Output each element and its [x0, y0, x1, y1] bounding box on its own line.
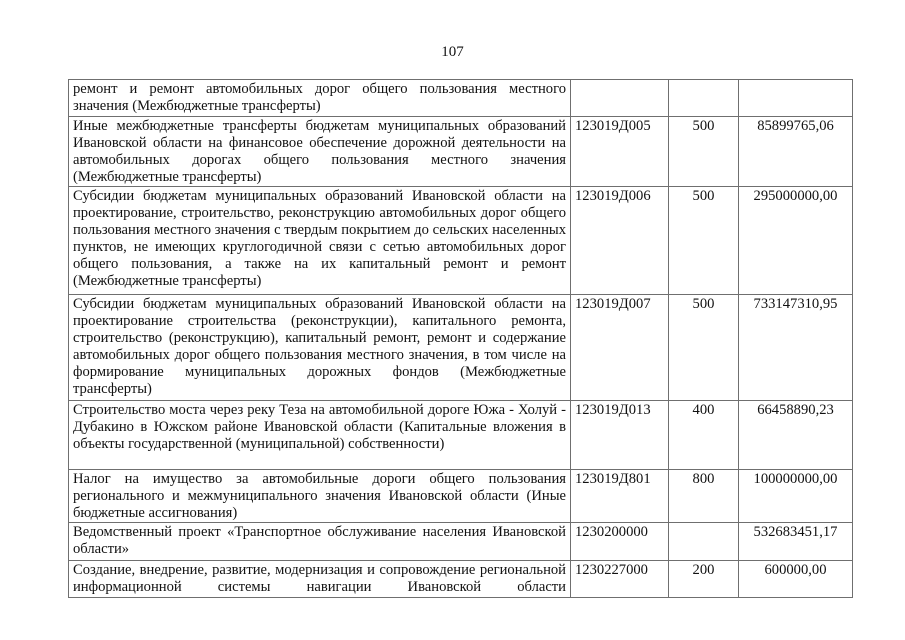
row-name-cell: Создание, внедрение, развитие, модерниза… [69, 561, 571, 598]
row-sum-cell: 66458890,23 [739, 401, 853, 470]
row-code-cell: 123019Д801 [571, 470, 669, 523]
row-code-cell: 123019Д006 [571, 187, 669, 295]
row-sum-cell [739, 80, 853, 117]
row-code-cell: 1230227000 [571, 561, 669, 598]
row-name-cell: Налог на имущество за автомобильные доро… [69, 470, 571, 523]
row-type-cell: 500 [669, 117, 739, 187]
row-sum-cell: 532683451,17 [739, 523, 853, 561]
table-row: Ведомственный проект «Транспортное обслу… [69, 523, 853, 561]
budget-table: ремонт и ремонт автомобильных дорог обще… [68, 79, 853, 598]
table-row: Налог на имущество за автомобильные доро… [69, 470, 853, 523]
row-name-cell: Субсидии бюджетам муниципальных образова… [69, 187, 571, 295]
row-type-cell: 500 [669, 295, 739, 401]
row-code-cell: 123019Д007 [571, 295, 669, 401]
row-type-cell: 400 [669, 401, 739, 470]
row-code-cell: 123019Д013 [571, 401, 669, 470]
row-code-cell: 1230200000 [571, 523, 669, 561]
row-type-cell: 500 [669, 187, 739, 295]
table-row: Строительство моста через реку Теза на а… [69, 401, 853, 470]
row-type-cell: 800 [669, 470, 739, 523]
row-code-cell: 123019Д005 [571, 117, 669, 187]
row-sum-cell: 295000000,00 [739, 187, 853, 295]
table-row: Субсидии бюджетам муниципальных образова… [69, 187, 853, 295]
row-type-cell [669, 80, 739, 117]
row-sum-cell: 600000,00 [739, 561, 853, 598]
row-sum-cell: 733147310,95 [739, 295, 853, 401]
row-name-cell: Иные межбюджетные трансферты бюджетам му… [69, 117, 571, 187]
row-name-cell: ремонт и ремонт автомобильных дорог обще… [69, 80, 571, 117]
table-row: Иные межбюджетные трансферты бюджетам му… [69, 117, 853, 187]
row-name-cell: Строительство моста через реку Теза на а… [69, 401, 571, 470]
row-sum-cell: 85899765,06 [739, 117, 853, 187]
row-code-cell [571, 80, 669, 117]
row-name-cell: Субсидии бюджетам муниципальных образова… [69, 295, 571, 401]
row-type-cell [669, 523, 739, 561]
table-row: Создание, внедрение, развитие, модерниза… [69, 561, 853, 598]
row-type-cell: 200 [669, 561, 739, 598]
table-row: Субсидии бюджетам муниципальных образова… [69, 295, 853, 401]
row-sum-cell: 100000000,00 [739, 470, 853, 523]
table-row: ремонт и ремонт автомобильных дорог обще… [69, 80, 853, 117]
row-name-cell: Ведомственный проект «Транспортное обслу… [69, 523, 571, 561]
page-number: 107 [0, 44, 905, 61]
